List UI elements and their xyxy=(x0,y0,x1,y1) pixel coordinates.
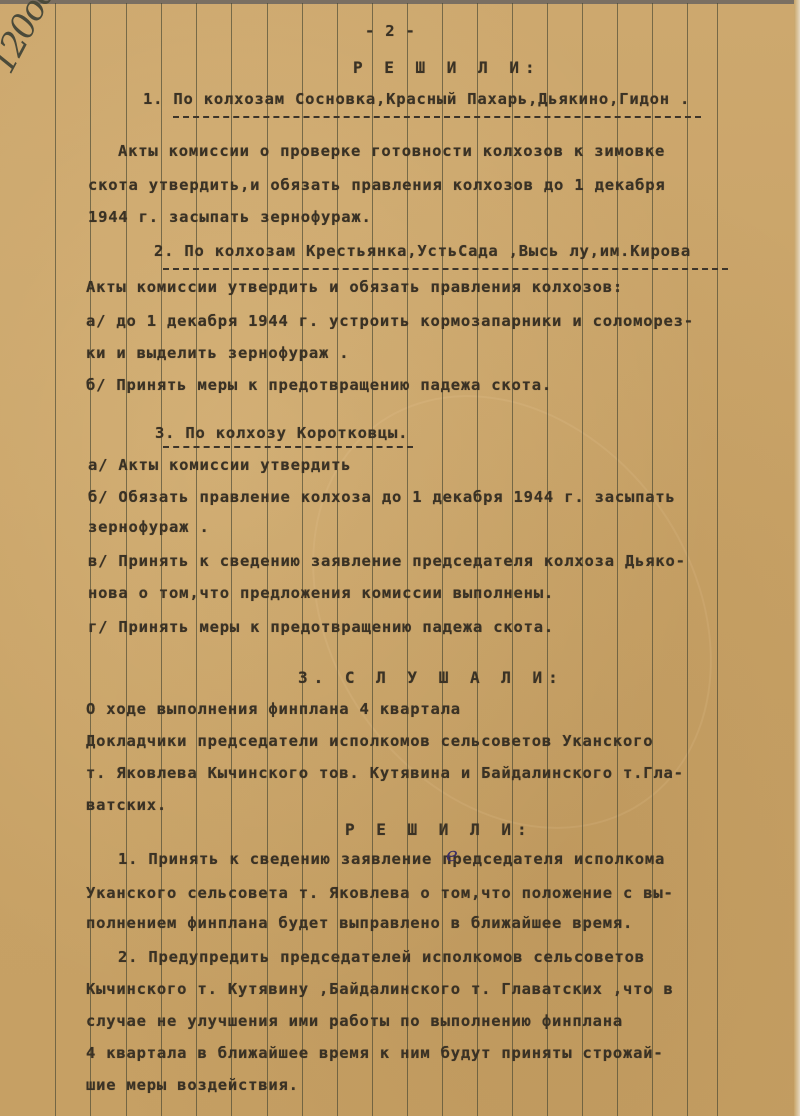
section-heading-resolved: Р Е Ш И Л И: xyxy=(353,58,541,77)
text-line: нова о том,что предложения комиссии выпо… xyxy=(88,584,554,602)
underline xyxy=(173,116,701,118)
text-line: 4 квартала в ближайшее время к ним будут… xyxy=(86,1044,664,1062)
page-number: - 2 - xyxy=(365,22,416,40)
section-heading-heard: 3. С Л У Ш А Л И: xyxy=(298,668,564,687)
text-line: а/ до 1 декабря 1944 г. устроить кормоза… xyxy=(86,312,694,330)
text-line: Акты комиссии о проверке готовности колх… xyxy=(118,142,665,160)
rule-line xyxy=(55,3,56,1116)
text-line: случае не улучшения ими работы по выполн… xyxy=(86,1012,623,1030)
text-line: 1. Принять к сведению заявление председа… xyxy=(118,850,665,868)
handwritten-correction: е xyxy=(446,842,459,866)
text-line: ки и выделить зернофураж . xyxy=(86,344,349,362)
page-right-edge xyxy=(794,0,800,1116)
text-line: 1944 г. засыпать зернофураж. xyxy=(88,208,372,226)
text-line: Акты комиссии утвердить и обязать правле… xyxy=(86,278,623,296)
text-line: т. Яковлева Кычинского тов. Кутявина и Б… xyxy=(86,764,684,782)
section-heading-resolved-2: Р Е Ш И Л И: xyxy=(345,820,533,839)
text-line: в/ Принять к сведению заявление председа… xyxy=(88,552,686,570)
text-line: Кычинского т. Кутявину ,Байдалинского т.… xyxy=(86,980,674,998)
resolution-item-3-title: 3. По колхозу Коротковцы. xyxy=(155,424,408,442)
text-line: О ходе выполнения финплана 4 квартала xyxy=(86,700,461,718)
underline xyxy=(163,446,413,448)
text-line: полнением финплана будет выправлено в бл… xyxy=(86,914,633,932)
rule-line xyxy=(687,3,688,1116)
text-line: Докладчики председатели исполкомов сельс… xyxy=(86,732,653,750)
text-line: Уканского сельсовета т. Яковлева о том,ч… xyxy=(86,884,674,902)
resolution-item-2-title: 2. По колхозам Крестьянка,УстьСада ,Высь… xyxy=(154,242,691,260)
text-line: б/ Принять меры к предотвращению падежа … xyxy=(86,376,552,394)
text-line: а/ Акты комиссии утвердить xyxy=(88,456,351,474)
resolution-item-1-title: 1. По колхозам Сосновка,Красный Пахарь,Д… xyxy=(143,90,690,108)
page-top-edge xyxy=(0,0,800,4)
text-line: скота утвердить,и обязать правления колх… xyxy=(88,176,666,194)
text-line: б/ Обязать правление колхоза до 1 декабр… xyxy=(88,488,676,506)
text-line: 2. Предупредить председателей исполкомов… xyxy=(118,948,645,966)
text-line: шие меры воздействия. xyxy=(86,1076,299,1094)
text-line: ватских. xyxy=(86,796,167,814)
rule-line xyxy=(717,3,718,1116)
text-line: г/ Принять меры к предотвращению падежа … xyxy=(88,618,554,636)
underline xyxy=(163,268,728,270)
text-line: зернофураж . xyxy=(88,518,210,536)
